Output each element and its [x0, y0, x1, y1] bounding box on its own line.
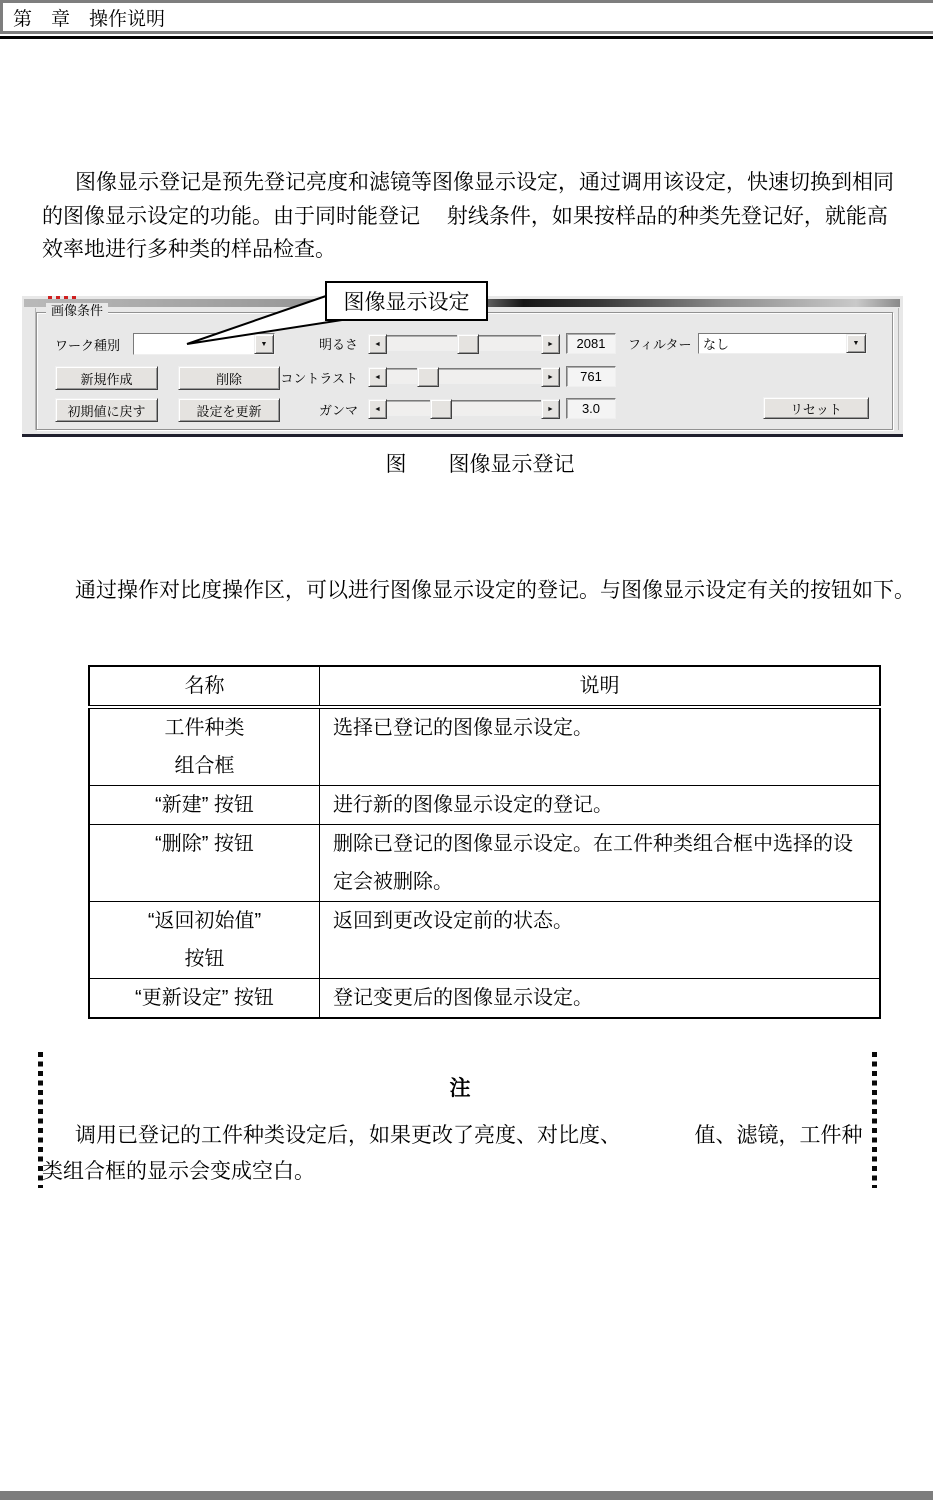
row-desc: 选择已登记的图像显示设定。	[320, 707, 881, 786]
slider-thumb[interactable]	[457, 334, 479, 354]
row-name: “删除” 按钮	[89, 825, 320, 902]
table-header-name: 名称	[89, 666, 320, 707]
row-name: “返回初始值” 按钮	[89, 902, 320, 979]
intro-paragraph: 图像显示登记是预先登记亮度和滤镜等图像显示设定，通过调用该设定，快速切换到相同 …	[42, 166, 894, 267]
filter-value[interactable]: なし	[699, 334, 846, 353]
row-name: “新建” 按钮	[89, 786, 320, 825]
footer-bar	[0, 1491, 933, 1500]
note-title: 注	[0, 1072, 920, 1102]
filter-combobox[interactable]: なし ▼	[698, 333, 867, 354]
delete-button[interactable]: 削除	[178, 366, 280, 390]
contrast-value-field[interactable]: 761	[566, 366, 616, 387]
table-row: “删除” 按钮 删除已登记的图像显示设定。在工件种类组合框中选择的设 定会被删除…	[89, 825, 880, 902]
arrow-left-icon[interactable]: ◄	[368, 399, 387, 419]
row-desc: 登记变更后的图像显示设定。	[320, 979, 881, 1019]
paragraph-2: 通过操作对比度操作区，可以进行图像显示设定的登记。与图像显示设定有关的按钮如下。	[42, 574, 915, 608]
buttons-table: 名称 说明 工件种类 组合框 选择已登记的图像显示设定。 “新建” 按钮 进行新…	[88, 665, 881, 1019]
chevron-down-icon[interactable]: ▼	[846, 334, 866, 353]
intro-line: 图像显示登记是预先登记亮度和滤镜等图像显示设定，通过调用该设定，快速切换到相同	[42, 166, 894, 200]
callout-label: 图像显示设定	[325, 281, 488, 321]
gamma-slider[interactable]: ◄ ►	[368, 399, 560, 417]
row-desc: 进行新的图像显示设定的登记。	[320, 786, 881, 825]
arrow-left-icon[interactable]: ◄	[368, 367, 387, 387]
slider-thumb[interactable]	[417, 367, 439, 387]
row-desc: 返回到更改设定前的状态。	[320, 902, 881, 979]
arrow-right-icon[interactable]: ►	[541, 334, 560, 354]
intro-line: 的图像显示设定的功能。由于同时能登记 射线条件，如果按样品的种类先登记好，就能高	[42, 200, 894, 234]
table-row: “更新设定” 按钮 登记变更后的图像显示设定。	[89, 979, 880, 1019]
note-line: 调用已登记的工件种类设定后，如果更改了亮度、对比度、 值、滤镜，工件种	[75, 1119, 863, 1149]
update-settings-button[interactable]: 設定を更新	[178, 398, 280, 422]
contrast-slider[interactable]: ◄ ►	[368, 367, 560, 385]
slider-thumb[interactable]	[430, 399, 452, 419]
arrow-right-icon[interactable]: ►	[541, 367, 560, 387]
intro-line: 效率地进行多种类的样品检查。	[42, 233, 894, 267]
slider-track[interactable]	[368, 368, 560, 384]
contrast-label: コントラスト	[278, 368, 358, 386]
frame-edge-right	[898, 308, 899, 430]
note-line: 类组合框的显示会变成空白。	[42, 1155, 315, 1185]
slider-track[interactable]	[368, 400, 560, 416]
paragraph-2-line: 通过操作对比度操作区，可以进行图像显示设定的登记。与图像显示设定有关的按钮如下。	[42, 574, 915, 608]
new-button[interactable]: 新規作成	[55, 366, 158, 390]
row-name: “更新设定” 按钮	[89, 979, 320, 1019]
restore-defaults-button[interactable]: 初期値に戻す	[55, 398, 158, 422]
brightness-value-field[interactable]: 2081	[566, 333, 616, 354]
groupbox-title: 画像条件	[46, 303, 108, 319]
arrow-right-icon[interactable]: ►	[541, 399, 560, 419]
row-name: 工件种类 组合框	[89, 707, 320, 786]
table-row: “新建” 按钮 进行新的图像显示设定的登记。	[89, 786, 880, 825]
table-row: 工件种类 组合框 选择已登记的图像显示设定。	[89, 707, 880, 786]
table-header-desc: 说明	[320, 666, 881, 707]
gamma-value-field[interactable]: 3.0	[566, 398, 616, 419]
chapter-title: 第 章 操作说明	[13, 4, 165, 31]
gamma-label: ガンマ	[298, 400, 358, 418]
figure-caption: 图 图像显示登记	[0, 448, 933, 478]
work-type-label: ワーク種別	[55, 334, 120, 354]
table-row: “返回初始值” 按钮 返回到更改设定前的状态。	[89, 902, 880, 979]
reset-button[interactable]: リセット	[763, 397, 869, 419]
row-desc: 删除已登记的图像显示设定。在工件种类组合框中选择的设 定会被删除。	[320, 825, 881, 902]
header-divider	[0, 36, 933, 39]
page-header: 第 章 操作说明	[0, 0, 933, 34]
filter-label: フィルター	[628, 334, 691, 352]
